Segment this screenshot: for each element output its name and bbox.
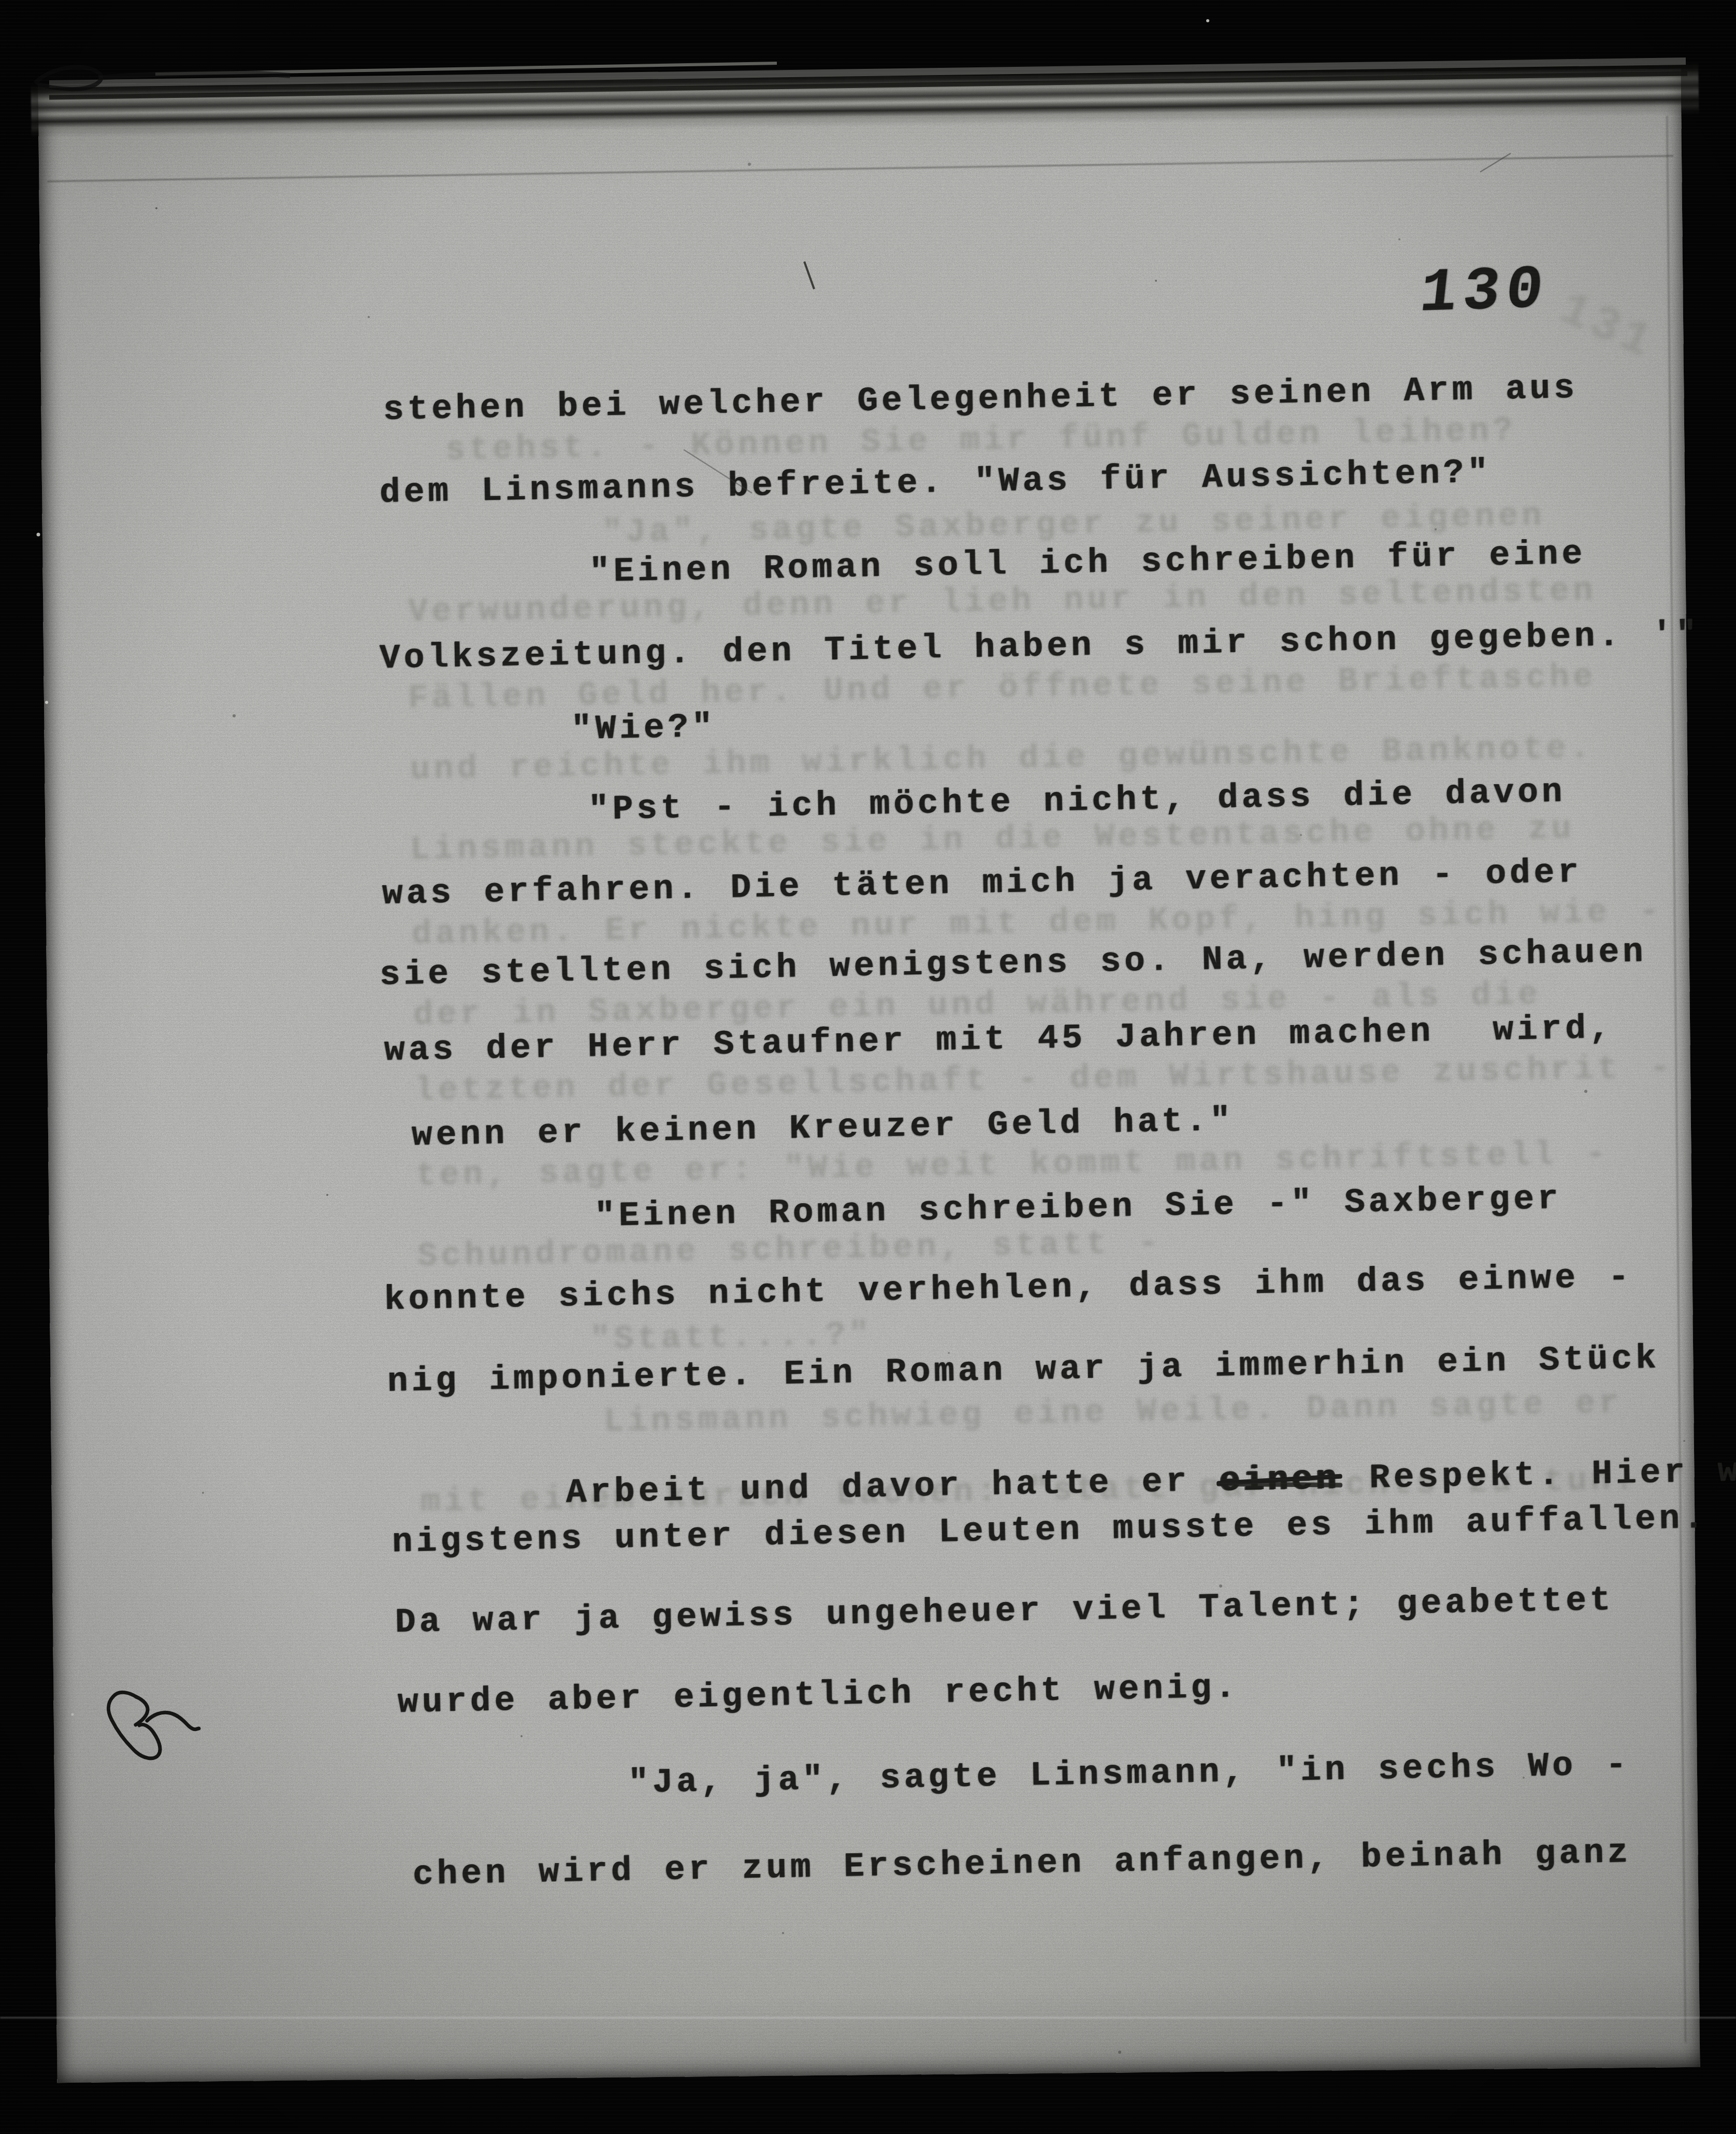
vignette <box>0 0 1736 2134</box>
film-scan-frame: stehst. - Können Sie mir fünf Gulden lei… <box>0 0 1736 2134</box>
